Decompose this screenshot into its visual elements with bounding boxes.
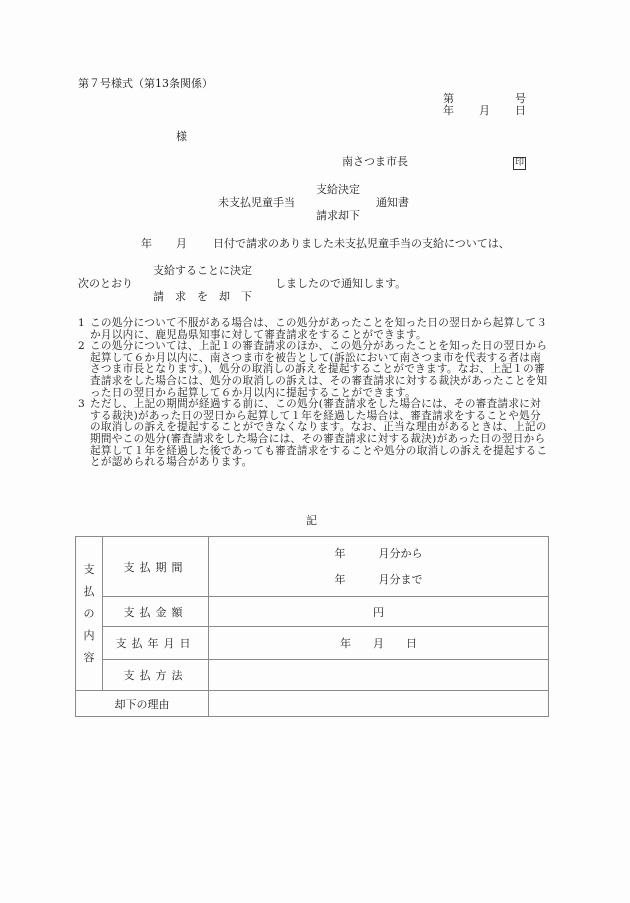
body-line1-text: 日付で請求のありました未支払児童手当の支給については、 xyxy=(213,237,510,250)
addressee-sama: 様 xyxy=(176,130,187,143)
label-payment-date: 支払年月日 xyxy=(103,627,209,660)
body-line2-suffix: しましたので通知します。 xyxy=(275,277,406,290)
body-option-top: 支給することに決定 xyxy=(153,264,252,277)
label-payment-method: 支払方法 xyxy=(103,660,209,691)
label-payment-period: 支払期間 xyxy=(103,537,209,597)
value-payment-period: 年 月分から 年 月分まで xyxy=(209,537,549,597)
body-month: 月 xyxy=(176,237,187,250)
form-id: 第７号様式（第13条関係） xyxy=(78,77,213,90)
date-day: 日 xyxy=(515,104,526,117)
label-payment-amount: 支払金額 xyxy=(103,597,209,627)
title-option-top: 支給決定 xyxy=(316,183,360,196)
payment-details-table: 支 払 の 内 容 支払期間 年 月分から 年 月分まで 支払金額 円 支払年月… xyxy=(75,536,549,717)
date-year: 年 xyxy=(443,104,454,117)
title-main: 未支払児童手当 xyxy=(218,196,295,209)
note-item: 3ただし、上記の期間が経過する前に、この処分(審査請求をした場合には、その審査請… xyxy=(78,399,550,469)
title-option-bottom: 請求却下 xyxy=(316,209,360,222)
body-option-bottom: 請 求 を 却 下 xyxy=(153,290,252,303)
label-rejection-reason: 却下の理由 xyxy=(76,691,209,717)
issuer-name: 南さつま市長 xyxy=(342,155,408,168)
value-payment-amount: 円 xyxy=(209,597,549,627)
seal-icon: 印 xyxy=(513,155,526,170)
notes-list: 1この処分について不服がある場合は、この処分があったことを知った日の翌日から起算… xyxy=(78,318,550,469)
ki-heading: 記 xyxy=(306,514,317,527)
value-payment-method xyxy=(209,660,549,691)
title-suffix: 通知書 xyxy=(376,196,409,209)
value-payment-date: 年 月 日 xyxy=(209,627,549,660)
value-rejection-reason xyxy=(209,691,549,717)
note-item: 2この処分については、上記１の審査請求のほか、この処分があったことを知った日の翌… xyxy=(78,341,550,399)
body-year: 年 xyxy=(141,237,152,250)
date-month: 月 xyxy=(479,104,490,117)
group-label-payment-contents: 支 払 の 内 容 xyxy=(76,537,103,691)
body-line2-prefix: 次のとおり xyxy=(78,277,133,290)
note-item: 1この処分について不服がある場合は、この処分があったことを知った日の翌日から起算… xyxy=(78,318,550,341)
